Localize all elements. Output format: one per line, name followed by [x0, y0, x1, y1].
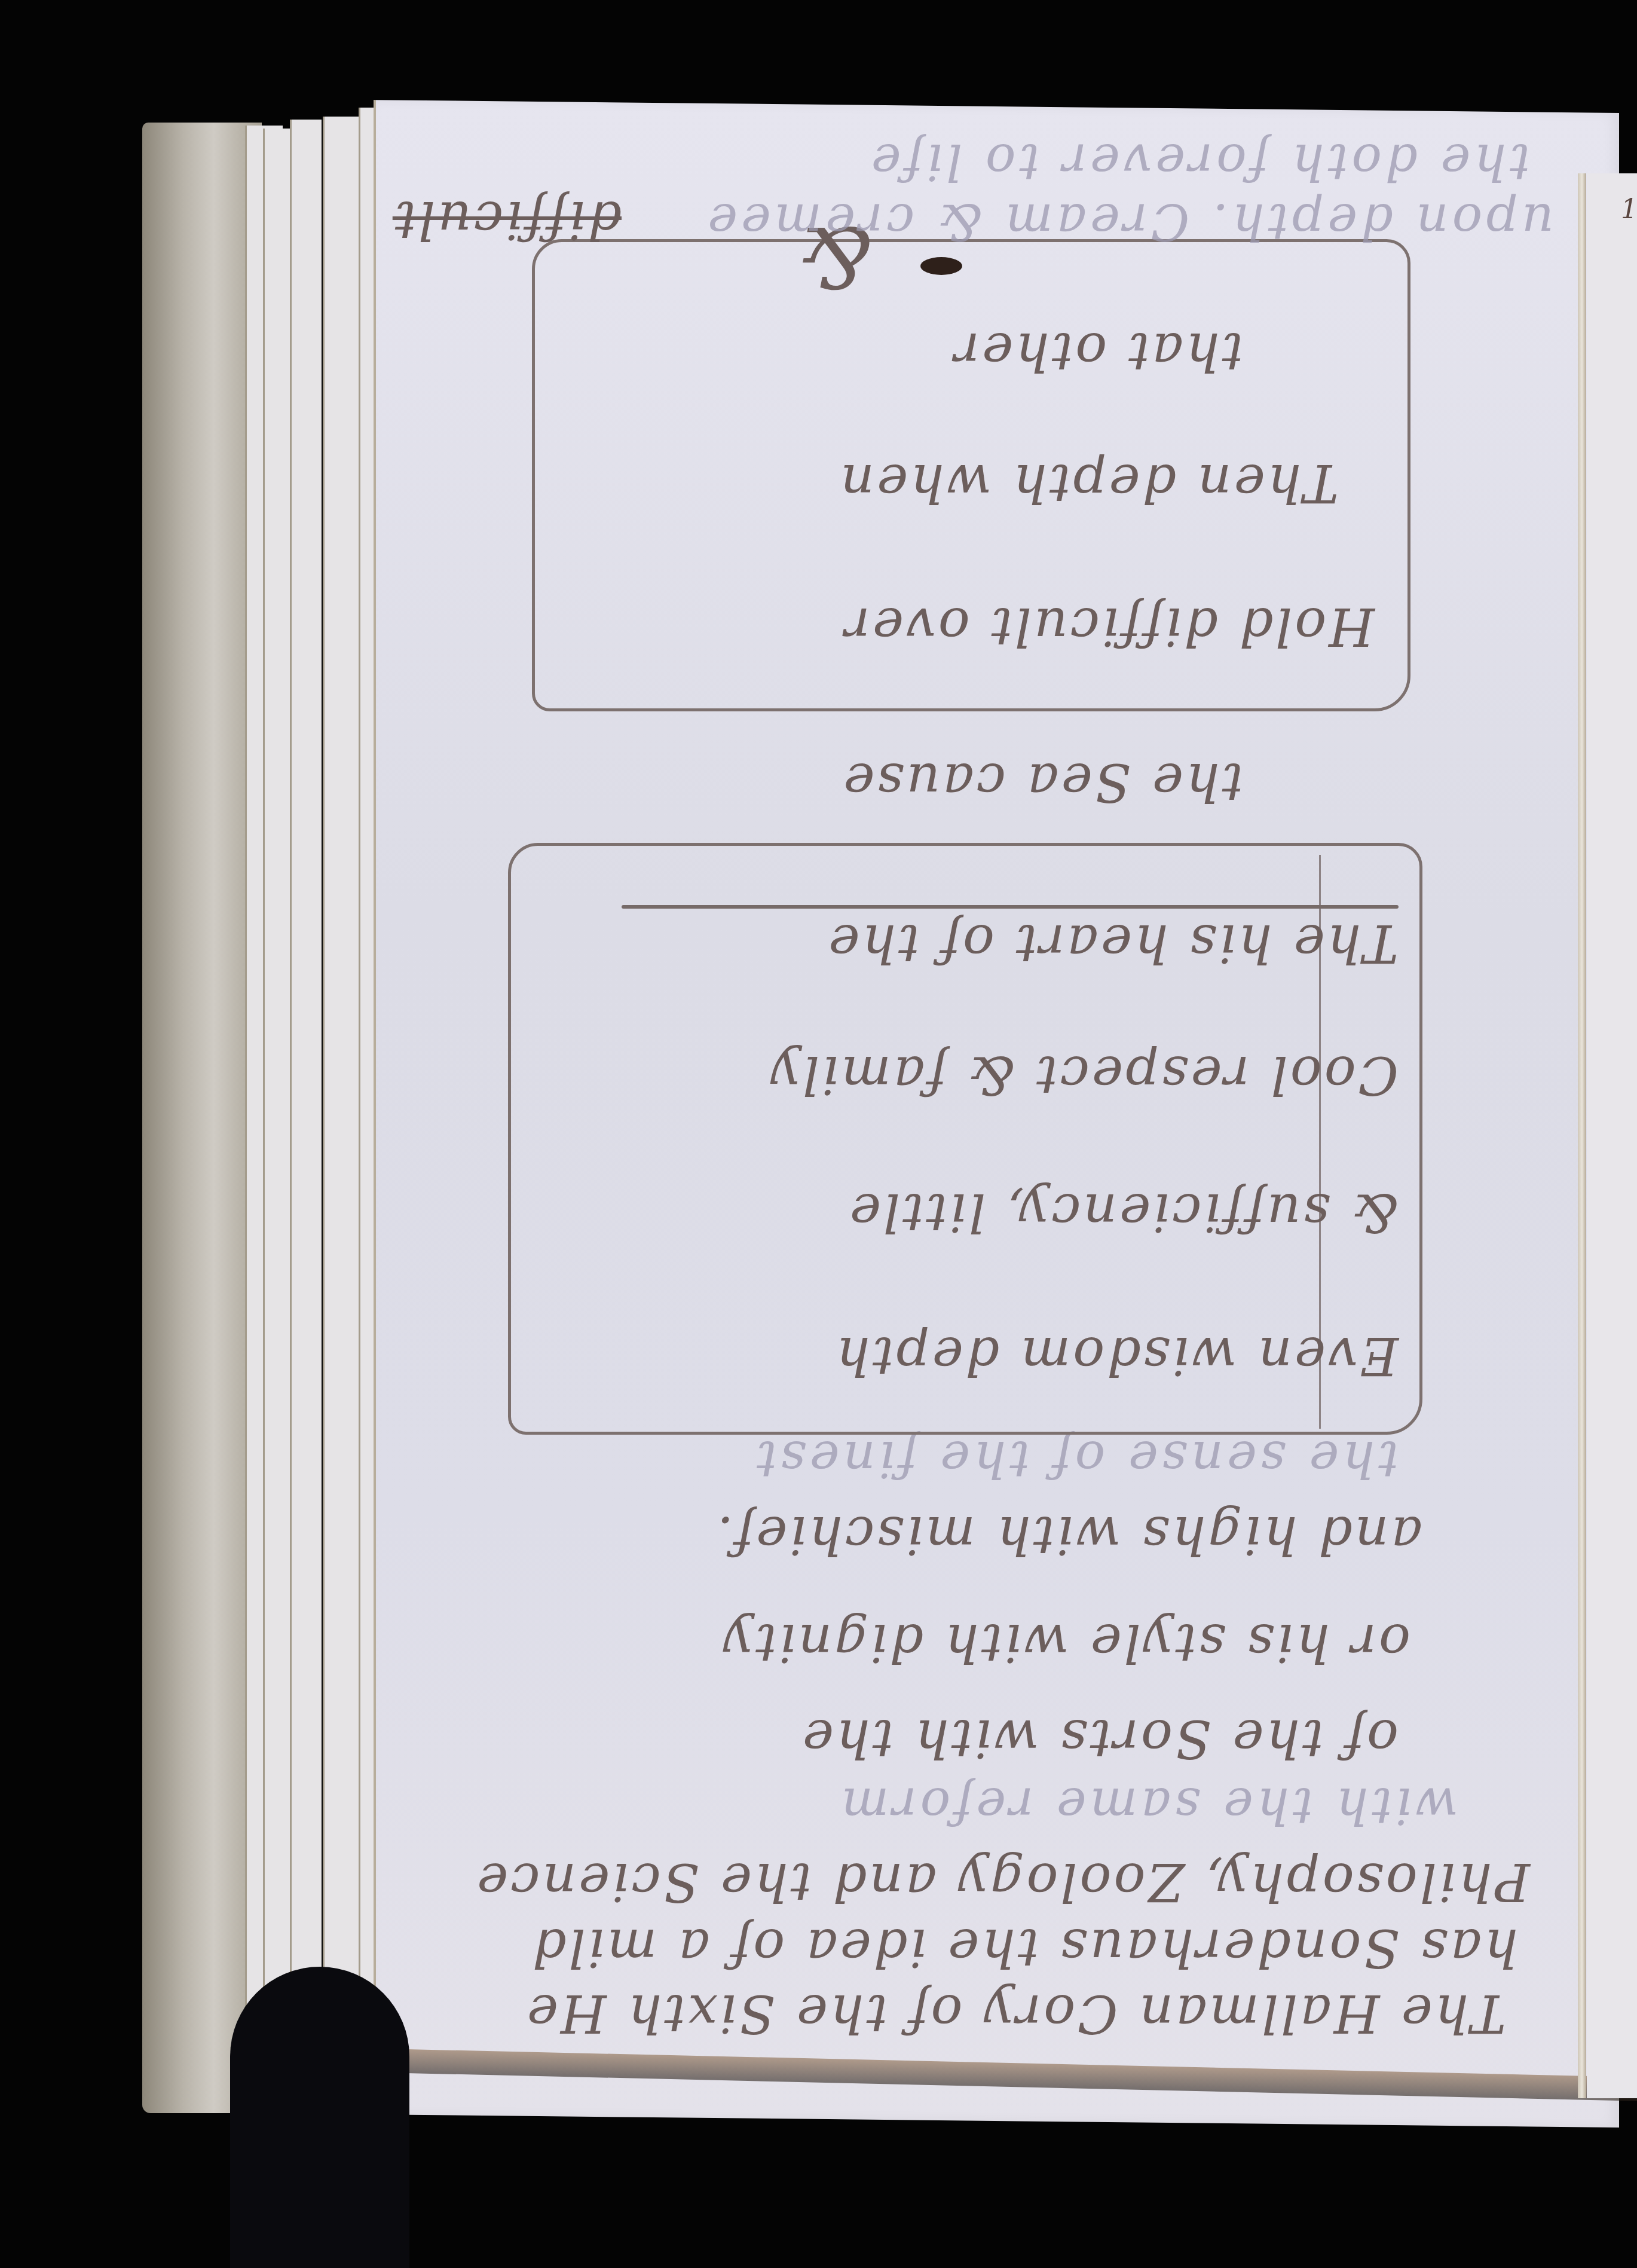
facing-page-edge [1587, 173, 1637, 2098]
thumb-holding-page [230, 1967, 409, 2268]
pencil-line: with the same reform [838, 1777, 1458, 1835]
ink-line: has Sonderhaus the idea of a mild [530, 1917, 1518, 1979]
ink-line: of the Sorts with the [800, 1708, 1399, 1769]
ink-strike-line [622, 905, 1399, 909]
upside-down-writing-area: The Hallman Cory of the Sixth He has Son… [383, 120, 1578, 2092]
page-number-fragment: 1, [1621, 194, 1637, 225]
ink-line: Cool respect & family [768, 1044, 1399, 1106]
ink-line: The his heart of the [826, 913, 1399, 974]
ink-line: Hold difficult over [843, 596, 1375, 658]
pencil-line: the sense of the finest [753, 1430, 1399, 1488]
pencil-line: the doth forever to life [868, 133, 1530, 191]
ink-line: and highs with mischief. [715, 1505, 1422, 1566]
pencil-line: upon depth. Cream & cremee [704, 192, 1554, 251]
ink-line: The Hallman Cory of the Sixth He [525, 1983, 1506, 2044]
ink-line: & sufficiency, little [847, 1182, 1399, 1243]
ink-line: Even wisdom depth [834, 1325, 1399, 1387]
book-gutter [1578, 173, 1586, 2098]
ink-line: that other [952, 321, 1243, 383]
page-stack-edge [290, 120, 322, 2092]
struck-word: difficult [393, 189, 622, 251]
ink-blot [920, 257, 962, 275]
ink-line: or his style with dignity [721, 1612, 1410, 1674]
ink-line: the Sea cause [841, 751, 1243, 813]
vellum-cover [142, 123, 262, 2113]
ink-line: Philosophy, Zoology and the Science [475, 1851, 1530, 1913]
ink-line: Then depth when [838, 453, 1339, 514]
